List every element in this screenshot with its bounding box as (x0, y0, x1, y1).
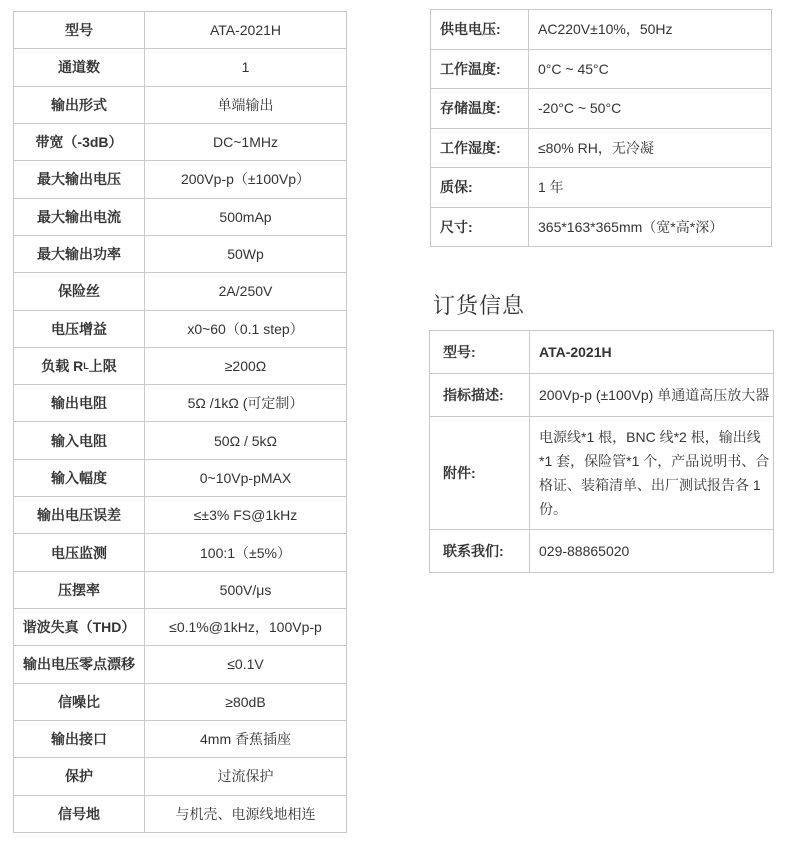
row-label: 工作湿度: (431, 129, 529, 168)
table-row: 供电电压:AC220V±10%，50Hz (431, 10, 771, 50)
row-value: ≤0.1V (145, 646, 346, 682)
table-row: 输出电阻5Ω /1kΩ (可定制） (14, 385, 346, 422)
table-row: 压摆率500V/μs (14, 572, 346, 609)
row-label: 谐波失真（THD） (14, 609, 145, 645)
table-row: 联系我们:029-88865020 (430, 530, 773, 572)
row-value: 5Ω /1kΩ (可定制） (145, 385, 346, 421)
row-value: ≤±3% FS@1kHz (145, 497, 346, 533)
row-value: ATA-2021H (145, 12, 346, 48)
row-value: 4mm 香蕉插座 (145, 721, 346, 757)
row-value: 0°C ~ 45°C (529, 50, 771, 89)
table-row: 最大输出电流500mAp (14, 199, 346, 236)
table-row: 最大输出功率50Wp (14, 236, 346, 273)
row-label: 带宽（-3dB） (14, 124, 145, 160)
row-label: 信噪比 (14, 684, 145, 720)
env-table: 供电电压:AC220V±10%，50Hz工作温度:0°C ~ 45°C存储温度:… (430, 9, 772, 247)
table-row: 负载 RL 上限≥200Ω (14, 348, 346, 385)
table-row: 信噪比≥80dB (14, 684, 346, 721)
row-label: 尺寸: (431, 208, 529, 247)
row-value: 500mAp (145, 199, 346, 235)
row-label: 质保: (431, 168, 529, 207)
table-row: 保险丝2A/250V (14, 273, 346, 310)
row-value: ATA-2021H (530, 331, 773, 373)
row-value: -20°C ~ 50°C (529, 89, 771, 128)
row-value: 50Ω / 5kΩ (145, 422, 346, 458)
row-label: 最大输出电流 (14, 199, 145, 235)
row-label: 输出形式 (14, 87, 145, 123)
row-value: 500V/μs (145, 572, 346, 608)
table-row: 最大输出电压200Vp-p（±100Vp） (14, 161, 346, 198)
table-row: 通道数1 (14, 49, 346, 86)
row-label: 最大输出功率 (14, 236, 145, 272)
row-value: 100:1（±5%） (145, 534, 346, 570)
table-row: 指标描述:200Vp-p (±100Vp) 单通道高压放大器 (430, 374, 773, 417)
table-row: 电压增益x0~60（0.1 step） (14, 311, 346, 348)
row-value: ≤80% RH，无冷凝 (529, 129, 771, 168)
row-label: 联系我们: (430, 530, 530, 572)
row-label: 保险丝 (14, 273, 145, 309)
table-row: 输入电阻50Ω / 5kΩ (14, 422, 346, 459)
table-row: 附件:电源线*1 根，BNC 线*2 根，输出线*1 套，保险管*1 个，产品说… (430, 417, 773, 530)
row-value: 200Vp-p（±100Vp） (145, 161, 346, 197)
table-row: 质保:1 年 (431, 168, 771, 208)
row-value: x0~60（0.1 step） (145, 311, 346, 347)
table-row: 谐波失真（THD）≤0.1%@1kHz，100Vp-p (14, 609, 346, 646)
table-row: 输出电压误差≤±3% FS@1kHz (14, 497, 346, 534)
row-value: 365*163*365mm（宽*高*深） (529, 208, 771, 247)
table-row: 输出电压零点漂移≤0.1V (14, 646, 346, 683)
row-label: 压摆率 (14, 572, 145, 608)
table-row: 输出形式单端输出 (14, 87, 346, 124)
row-label: 工作温度: (431, 50, 529, 89)
row-label: 输出电压零点漂移 (14, 646, 145, 682)
row-value: 与机壳、电源线地相连 (145, 796, 346, 832)
row-label: 附件: (430, 417, 530, 529)
spec-table: 型号ATA-2021H通道数1输出形式单端输出带宽（-3dB）DC~1MHz最大… (13, 11, 347, 833)
row-value: ≥200Ω (145, 348, 346, 384)
row-label: 电压增益 (14, 311, 145, 347)
row-label: 最大输出电压 (14, 161, 145, 197)
row-label: 供电电压: (431, 10, 529, 49)
table-row: 工作温度:0°C ~ 45°C (431, 50, 771, 90)
row-label: 指标描述: (430, 374, 530, 416)
row-label: 负载 RL 上限 (14, 348, 145, 384)
row-value: 1 年 (529, 168, 771, 207)
row-label: 信号地 (14, 796, 145, 832)
table-row: 输出接口4mm 香蕉插座 (14, 721, 346, 758)
row-label: 输出电阻 (14, 385, 145, 421)
row-value: 200Vp-p (±100Vp) 单通道高压放大器 (530, 374, 773, 416)
row-value: ≤0.1%@1kHz，100Vp-p (145, 609, 346, 645)
datasheet-page: 型号ATA-2021H通道数1输出形式单端输出带宽（-3dB）DC~1MHz最大… (0, 0, 807, 846)
row-label: 输入电阻 (14, 422, 145, 458)
row-value: 0~10Vp-pMAX (145, 460, 346, 496)
row-label: 通道数 (14, 49, 145, 85)
row-value: 单端输出 (145, 87, 346, 123)
table-row: 保护过流保护 (14, 758, 346, 795)
row-label: 型号: (430, 331, 530, 373)
table-row: 带宽（-3dB）DC~1MHz (14, 124, 346, 161)
row-label: 输出电压误差 (14, 497, 145, 533)
row-value: 过流保护 (145, 758, 346, 794)
row-label: 存储温度: (431, 89, 529, 128)
row-value: 电源线*1 根，BNC 线*2 根，输出线*1 套，保险管*1 个，产品说明书、… (530, 417, 773, 529)
table-row: 存储温度:-20°C ~ 50°C (431, 89, 771, 129)
order-info-title: 订货信息 (433, 289, 525, 320)
row-label: 输出接口 (14, 721, 145, 757)
row-value: 50Wp (145, 236, 346, 272)
row-value: DC~1MHz (145, 124, 346, 160)
row-label: 保护 (14, 758, 145, 794)
table-row: 工作湿度:≤80% RH，无冷凝 (431, 129, 771, 169)
order-table: 型号:ATA-2021H指标描述:200Vp-p (±100Vp) 单通道高压放… (429, 330, 774, 573)
row-value: AC220V±10%，50Hz (529, 10, 771, 49)
subscript-text: L (83, 361, 89, 371)
table-row: 型号:ATA-2021H (430, 331, 773, 374)
row-value: 2A/250V (145, 273, 346, 309)
row-label: 电压监测 (14, 534, 145, 570)
row-value: 1 (145, 49, 346, 85)
table-row: 信号地与机壳、电源线地相连 (14, 796, 346, 832)
table-row: 电压监测100:1（±5%） (14, 534, 346, 571)
row-label: 型号 (14, 12, 145, 48)
row-label: 输入幅度 (14, 460, 145, 496)
row-value: 029-88865020 (530, 530, 773, 572)
row-value: ≥80dB (145, 684, 346, 720)
table-row: 输入幅度0~10Vp-pMAX (14, 460, 346, 497)
table-row: 尺寸:365*163*365mm（宽*高*深） (431, 208, 771, 247)
table-row: 型号ATA-2021H (14, 12, 346, 49)
